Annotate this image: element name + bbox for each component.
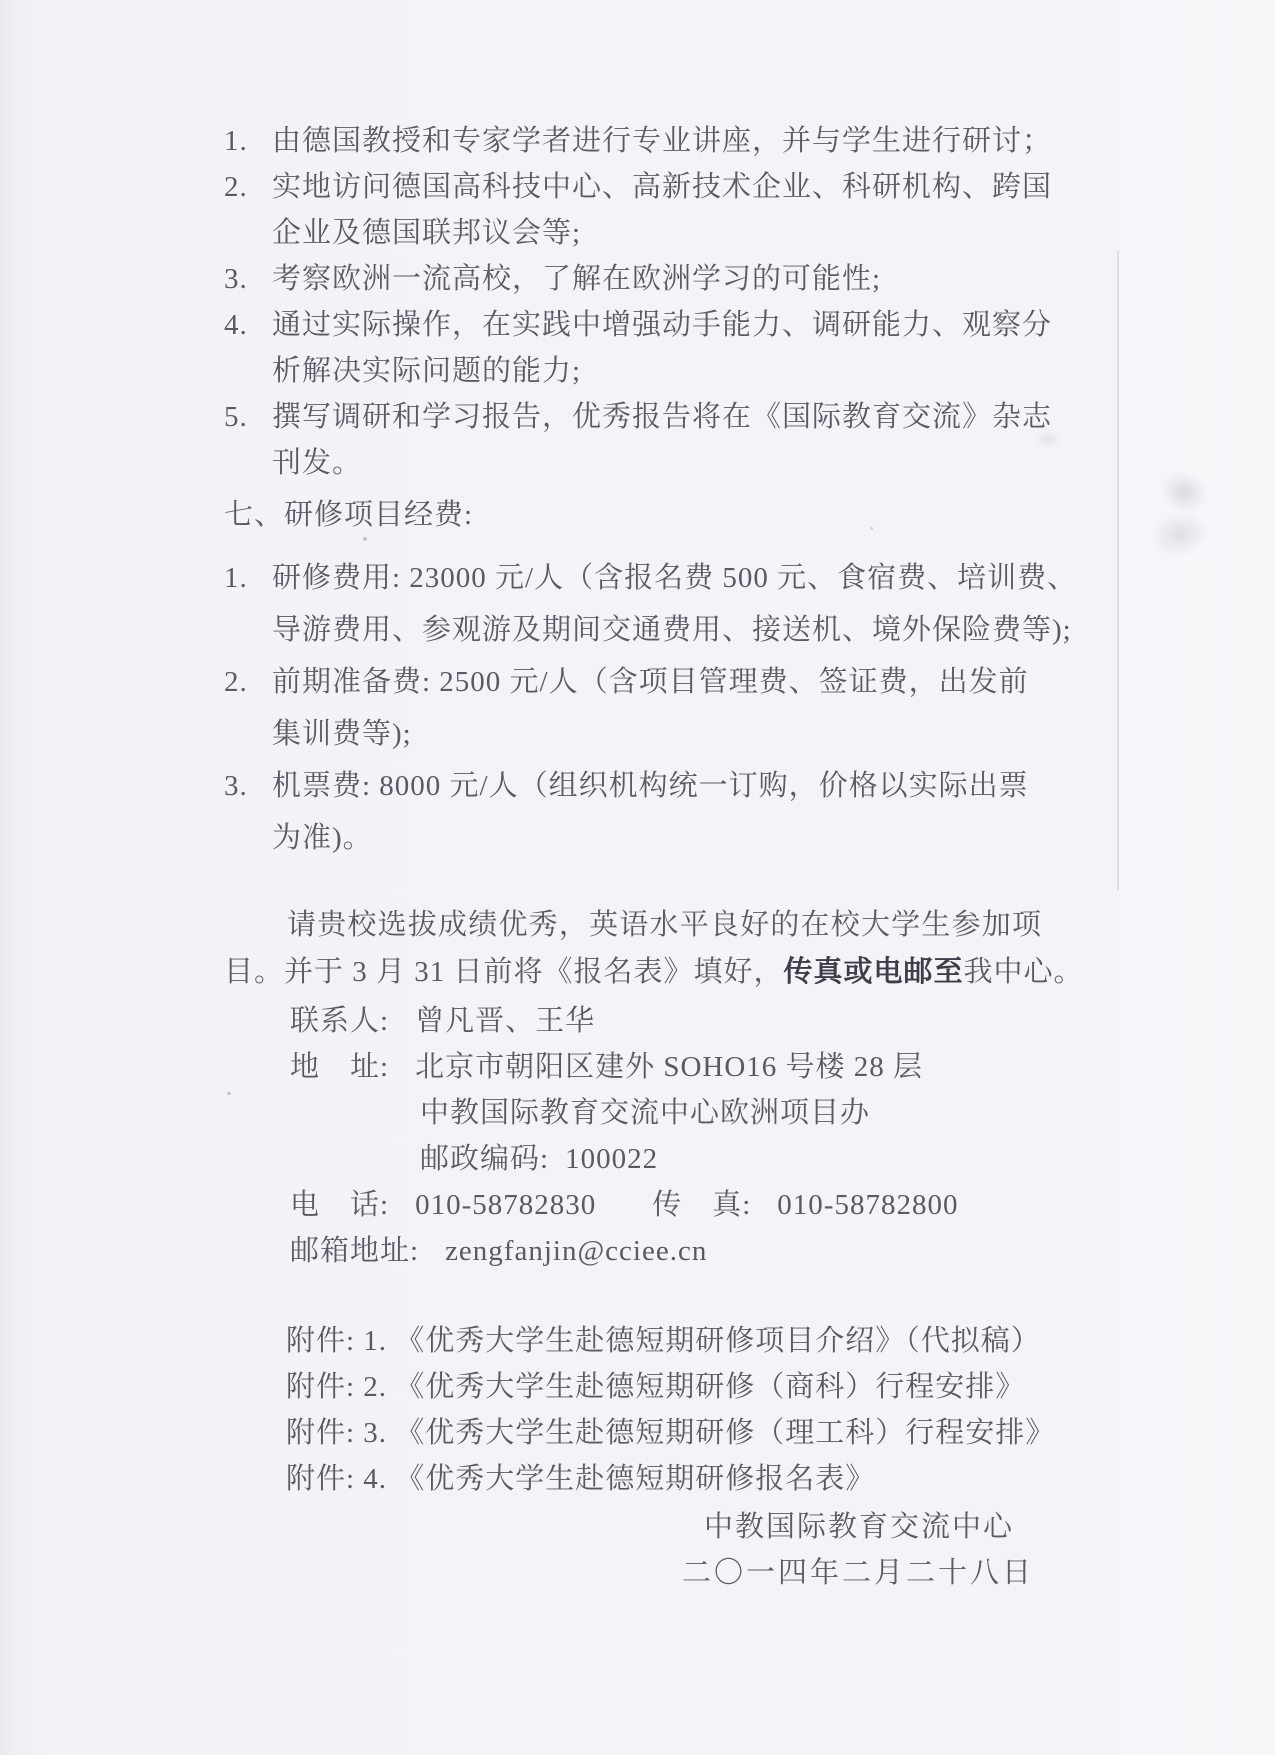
contact-email-line: 邮箱地址:zengfanjin@cciee.cn — [290, 1228, 1042, 1274]
item-line: 由德国教授和专家学者进行专业讲座，并与学生进行研讨； — [272, 118, 1042, 164]
item-number: 1. — [224, 118, 248, 164]
contact-value: 010-58782830 — [415, 1189, 596, 1221]
list-item: 2. 实地访问德国高科技中心、高新技术企业、科研机构、跨国 企业及德国联邦议会等… — [224, 164, 1042, 256]
contact-label: 邮政编码: — [420, 1143, 549, 1175]
item-line: 析解决实际问题的能力; — [272, 348, 1042, 394]
item-number: 2. — [224, 164, 248, 210]
contact-address-line2: 中教国际教育交流中心欧洲项目办 — [420, 1090, 1042, 1136]
list-item: 5. 撰写调研和学习报告，优秀报告将在《国际教育交流》杂志 刊发。 — [224, 394, 1042, 486]
paragraph-text: 我中心。 — [964, 956, 1084, 988]
contact-value: 曾凡晋、王华 — [415, 1005, 595, 1037]
paragraph-line: 目。并于 3 月 31 日前将《报名表》填好，传真或电邮至我中心。 — [224, 949, 1042, 996]
contact-address-line: 地 址:北京市朝阳区建外 SOHO16 号楼 28 层 — [290, 1044, 1042, 1090]
paragraph-text: 目。并于 3 月 31 日前将《报名表》填好， — [224, 956, 784, 988]
item-line: 研修费用: 23000 元/人（含报名费 500 元、食宿费、培训费、 — [272, 552, 1042, 604]
scanned-document-page: 1. 由德国教授和专家学者进行专业讲座，并与学生进行研讨； 2. 实地访问德国高… — [0, 0, 1275, 1755]
fees-section-heading: 七、研修项目经费: — [224, 492, 1042, 538]
activities-list: 1. 由德国教授和专家学者进行专业讲座，并与学生进行研讨； 2. 实地访问德国高… — [224, 118, 1042, 486]
attachments-list: 附件: 1. 《优秀大学生赴德短期研修项目介绍》（代拟稿） 附件: 2. 《优秀… — [224, 1318, 1042, 1502]
list-item: 2. 前期准备费: 2500 元/人（含项目管理费、签证费，出发前 集训费等); — [224, 656, 1042, 760]
item-number: 3. — [224, 760, 248, 812]
signature-block: 中教国际教育交流中心 二〇一四年二月二十八日 — [224, 1504, 1042, 1596]
contact-label: 邮箱地址: — [290, 1235, 419, 1267]
contact-value: zengfanjin@cciee.cn — [445, 1235, 707, 1267]
scan-smudge — [1145, 505, 1214, 563]
item-line: 前期准备费: 2500 元/人（含项目管理费、签证费，出发前 — [272, 656, 1042, 708]
list-item: 1. 研修费用: 23000 元/人（含报名费 500 元、食宿费、培训费、 导… — [224, 552, 1042, 656]
list-item: 4. 通过实际操作，在实践中增强动手能力、调研能力、观察分 析解决实际问题的能力… — [224, 302, 1042, 394]
item-line: 实地访问德国高科技中心、高新技术企业、科研机构、跨国 — [272, 164, 1042, 210]
contact-label: 联系人: — [290, 1005, 389, 1037]
item-number: 4. — [224, 302, 248, 348]
item-line: 企业及德国联邦议会等; — [272, 210, 1042, 256]
contact-block: 联系人:曾凡晋、王华 地 址:北京市朝阳区建外 SOHO16 号楼 28 层 中… — [224, 998, 1042, 1274]
attachment-line: 附件: 2. 《优秀大学生赴德短期研修（商科）行程安排》 — [286, 1364, 1042, 1410]
attachment-line: 附件: 3. 《优秀大学生赴德短期研修（理工科）行程安排》 — [286, 1410, 1042, 1456]
item-line: 考察欧洲一流高校，了解在欧洲学习的可能性; — [272, 256, 1042, 302]
contact-value: 010-58782800 — [777, 1189, 958, 1221]
contact-person-line: 联系人:曾凡晋、王华 — [290, 998, 1042, 1044]
contact-label: 传 真: — [652, 1189, 751, 1221]
item-number: 1. — [224, 552, 248, 604]
item-line: 撰写调研和学习报告，优秀报告将在《国际教育交流》杂志 — [272, 394, 1042, 440]
contact-postcode-line: 邮政编码:100022 — [420, 1136, 1042, 1182]
list-item: 3. 机票费: 8000 元/人（组织机构统一订购，价格以实际出票 为准)。 — [224, 760, 1042, 864]
item-line: 刊发。 — [272, 440, 1042, 486]
attachment-line: 附件: 1. 《优秀大学生赴德短期研修项目介绍》（代拟稿） — [286, 1318, 1042, 1364]
list-item: 1. 由德国教授和专家学者进行专业讲座，并与学生进行研讨； — [224, 118, 1042, 164]
item-line: 导游费用、参观游及期间交通费用、接送机、境外保险费等); — [272, 604, 1042, 656]
fees-list: 1. 研修费用: 23000 元/人（含报名费 500 元、食宿费、培训费、 导… — [224, 552, 1042, 864]
paragraph-line: 请贵校选拔成绩优秀，英语水平良好的在校大学生参加项 — [224, 902, 1042, 949]
attachment-line: 附件: 4. 《优秀大学生赴德短期研修报名表》 — [286, 1456, 1042, 1502]
item-line: 通过实际操作，在实践中增强动手能力、调研能力、观察分 — [272, 302, 1042, 348]
contact-phone-line: 电 话:010-58782830传 真:010-58782800 — [290, 1182, 1042, 1228]
contact-label: 地 址: — [290, 1051, 389, 1083]
contact-value: 100022 — [565, 1143, 658, 1175]
scan-artifact-line — [1117, 250, 1119, 890]
document-body: 1. 由德国教授和专家学者进行专业讲座，并与学生进行研讨； 2. 实地访问德国高… — [224, 108, 1042, 1596]
item-number: 5. — [224, 394, 248, 440]
item-line: 集训费等); — [272, 708, 1042, 760]
paragraph-bold-text: 传真或电邮至 — [784, 956, 964, 988]
contact-label: 电 话: — [290, 1189, 389, 1221]
signature-organization: 中教国际教育交流中心 — [704, 1504, 1042, 1550]
item-number: 2. — [224, 656, 248, 708]
item-line: 机票费: 8000 元/人（组织机构统一订购，价格以实际出票 — [272, 760, 1042, 812]
contact-value: 北京市朝阳区建外 SOHO16 号楼 28 层 — [415, 1051, 923, 1083]
signature-date: 二〇一四年二月二十八日 — [682, 1550, 1042, 1596]
item-number: 3. — [224, 256, 248, 302]
list-item: 3. 考察欧洲一流高校，了解在欧洲学习的可能性; — [224, 256, 1042, 302]
item-line: 为准)。 — [272, 812, 1042, 864]
closing-paragraph: 请贵校选拔成绩优秀，英语水平良好的在校大学生参加项 目。并于 3 月 31 日前… — [224, 902, 1042, 996]
